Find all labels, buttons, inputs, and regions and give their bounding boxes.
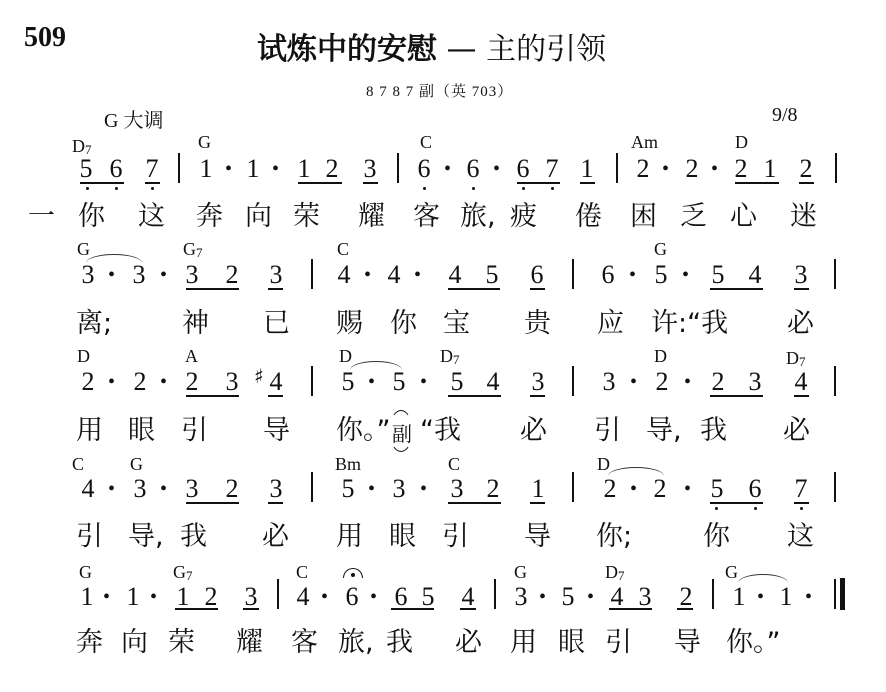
chord-symbol: A [185, 347, 198, 365]
chord-symbol: G [654, 240, 667, 258]
note: 1 [77, 584, 97, 610]
refrain-marker: 副 [392, 419, 412, 449]
note: 3 [241, 584, 261, 610]
note: 2 [650, 476, 670, 502]
lyric-syllable: 奔 [196, 202, 223, 232]
lyric-syllable: 引 [76, 522, 103, 552]
key-signature: G 大调 [104, 104, 163, 133]
bar-line [311, 472, 313, 502]
bar-line [834, 366, 836, 396]
lyric-syllable: 你 [703, 522, 730, 552]
lyric-syllable: 你 [390, 309, 417, 339]
note: 4 [791, 369, 811, 395]
lyric-syllable: 导, [128, 522, 164, 552]
note: 5 [338, 369, 358, 395]
bar-line [494, 579, 496, 609]
title-dash: — [437, 32, 486, 67]
note: 1 [123, 584, 143, 610]
lyric-syllable: 你; [596, 522, 632, 552]
lyric-syllable: 你。” [726, 628, 781, 658]
note: 2 [682, 156, 702, 182]
lyric-syllable: 这 [138, 202, 165, 232]
note: 1 [173, 584, 193, 610]
lyric-syllable: 眼 [558, 628, 585, 658]
lyric-syllable: 你 [78, 202, 105, 232]
note: 4 [607, 584, 627, 610]
bar-line [311, 259, 313, 289]
note: 7 [142, 156, 162, 182]
lyric-syllable: 用 [336, 522, 363, 552]
lyric-syllable: 困 [630, 202, 657, 232]
lyric-syllable: 引 [605, 628, 632, 658]
note: 5 [558, 584, 578, 610]
lyric-syllable: 用 [76, 416, 103, 446]
note: 4 [483, 369, 503, 395]
title-main: 试炼中的安慰 [257, 32, 437, 67]
lyric-syllable: 必 [520, 416, 547, 446]
note: 5 [707, 476, 727, 502]
note: 4 [334, 262, 354, 288]
hymn-title: 试炼中的安慰 — 主的引领 [257, 24, 606, 68]
note: 3 [745, 369, 765, 395]
chord-symbol: C [296, 563, 308, 581]
chord-symbol: D7 [440, 347, 460, 367]
chord-symbol: D [77, 347, 90, 365]
chord-symbol: C [420, 133, 432, 151]
note: 1 [294, 156, 314, 182]
chord-symbol: G7 [183, 240, 203, 260]
lyric-syllable: 我 [386, 628, 413, 658]
bar-line [178, 153, 180, 183]
note: 2 [182, 369, 202, 395]
note: 1 [776, 584, 796, 610]
lyric-syllable: 荣 [293, 202, 320, 232]
lyric-syllable: 导 [524, 522, 551, 552]
lyric-syllable: 眼 [128, 416, 155, 446]
hymn-number: 509 [24, 22, 66, 54]
note: 2 [708, 369, 728, 395]
time-signature: 9/8 [772, 104, 798, 127]
chord-symbol: C [337, 240, 349, 258]
chord-symbol: D [654, 347, 667, 365]
chord-symbol: G [77, 240, 90, 258]
lyric-syllable: 耀 [358, 202, 385, 232]
lyric-syllable: 已 [263, 309, 290, 339]
note: 5 [418, 584, 438, 610]
bar-line [311, 366, 313, 396]
note: 7 [542, 156, 562, 182]
note: 2 [130, 369, 150, 395]
chord-symbol: D [597, 455, 610, 473]
lyric-syllable: 用 [510, 628, 537, 658]
lyric-syllable: 荣 [168, 628, 195, 658]
note: 7 [791, 476, 811, 502]
lyric-syllable: 客 [413, 202, 440, 232]
chord-symbol: Bm [335, 455, 361, 473]
note: 3 [635, 584, 655, 610]
bar-line [572, 366, 574, 396]
note: 4 [458, 584, 478, 610]
note: 3 [129, 262, 149, 288]
note: 3 [266, 476, 286, 502]
lyric-syllable: 应 [597, 309, 624, 339]
lyric-syllable: 客 [291, 628, 318, 658]
note: 4 [384, 262, 404, 288]
bar-line [834, 472, 836, 502]
note: 5 [338, 476, 358, 502]
note: 5 [389, 369, 409, 395]
note: 1 [729, 584, 749, 610]
bar-line [397, 153, 399, 183]
lyric-syllable: 离; [76, 309, 112, 339]
note: 4 [266, 369, 286, 395]
note: 4 [293, 584, 313, 610]
note: 1 [760, 156, 780, 182]
fermata-icon [343, 568, 363, 578]
lyric-syllable: 奔 [76, 628, 103, 658]
lyric-syllable: 引 [181, 416, 208, 446]
lyric-syllable: 引 [442, 522, 469, 552]
note: 5 [447, 369, 467, 395]
note: 2 [731, 156, 751, 182]
meter-info: 8 7 8 7 副（英 703） [366, 80, 513, 101]
bar-line [834, 259, 836, 289]
note: 3 [447, 476, 467, 502]
note: 6 [463, 156, 483, 182]
lyric-syllable: 必 [783, 416, 810, 446]
lyric-syllable: 向 [245, 202, 272, 232]
lyric-syllable: 你。” [336, 416, 391, 446]
note: 3 [791, 262, 811, 288]
note: 5 [708, 262, 728, 288]
chord-symbol: D [339, 347, 352, 365]
lyric-syllable: 心 [730, 202, 757, 232]
chord-symbol: D [735, 133, 748, 151]
note: 3 [182, 476, 202, 502]
lyric-syllable: 眼 [389, 522, 416, 552]
note: 5 [651, 262, 671, 288]
note: 4 [445, 262, 465, 288]
note: 1 [577, 156, 597, 182]
note: 6 [391, 584, 411, 610]
bar-line [616, 153, 618, 183]
chord-symbol: G [725, 563, 738, 581]
lyric-syllable: 宝 [443, 309, 470, 339]
lyric-syllable: 导 [263, 416, 290, 446]
note: 5 [482, 262, 502, 288]
lyric-syllable: 乏 [680, 202, 707, 232]
lyric-syllable: 神 [182, 309, 209, 339]
lyric-syllable: 耀 [236, 628, 263, 658]
note: 5 [76, 156, 96, 182]
chord-symbol: C [72, 455, 84, 473]
lyric-syllable: 导 [674, 628, 701, 658]
note: 6 [745, 476, 765, 502]
bar-line [712, 579, 714, 609]
chord-symbol: G [514, 563, 527, 581]
note: 2 [201, 584, 221, 610]
note: 3 [360, 156, 380, 182]
note: 3 [182, 262, 202, 288]
note: 2 [483, 476, 503, 502]
note: 6 [598, 262, 618, 288]
note: 6 [513, 156, 533, 182]
chord-symbol: G7 [173, 563, 193, 583]
chord-symbol: D7 [786, 349, 806, 369]
note: 2 [78, 369, 98, 395]
note: 6 [106, 156, 126, 182]
lyric-syllable: 我 [700, 416, 727, 446]
note: 3 [222, 369, 242, 395]
note: 3 [511, 584, 531, 610]
chord-symbol: D7 [605, 563, 625, 583]
final-bar-thick [840, 578, 845, 610]
note: 2 [633, 156, 653, 182]
lyric-syllable: 必 [262, 522, 289, 552]
note: 3 [266, 262, 286, 288]
note: 6 [342, 584, 362, 610]
note: 1 [528, 476, 548, 502]
chord-symbol: G [130, 455, 143, 473]
lyric-syllable: 我 [180, 522, 207, 552]
lyric-syllable: 旅, [460, 202, 496, 232]
note: 3 [130, 476, 150, 502]
final-bar-thin [834, 579, 836, 609]
lyric-syllable: 一 [28, 202, 55, 232]
lyric-syllable: 引 [594, 416, 621, 446]
note: 1 [196, 156, 216, 182]
note: 2 [796, 156, 816, 182]
note: 3 [389, 476, 409, 502]
lyric-syllable: 旅, [338, 628, 374, 658]
note: 4 [745, 262, 765, 288]
lyric-syllable: 许:“我 [651, 309, 728, 339]
lyric-syllable: 疲 [510, 202, 537, 232]
note: 3 [599, 369, 619, 395]
note: 6 [527, 262, 547, 288]
lyric-syllable: 导, [646, 416, 682, 446]
note: 1 [243, 156, 263, 182]
lyric-syllable: 迷 [790, 202, 817, 232]
title-sub: 主的引领 [486, 32, 606, 67]
lyric-syllable: 必 [455, 628, 482, 658]
note: 2 [600, 476, 620, 502]
lyric-syllable: 必 [787, 309, 814, 339]
chord-symbol: G [198, 133, 211, 151]
note: 2 [322, 156, 342, 182]
note: 4 [78, 476, 98, 502]
lyric-syllable: 这 [787, 522, 814, 552]
lyric-syllable: “我 [420, 416, 461, 446]
note: 6 [414, 156, 434, 182]
note: 2 [652, 369, 672, 395]
bar-line [572, 472, 574, 502]
lyric-syllable: 向 [121, 628, 148, 658]
note: 3 [528, 369, 548, 395]
lyric-syllable: 赐 [336, 309, 363, 339]
sharp-accidental: ♯ [254, 364, 264, 388]
note: 2 [222, 262, 242, 288]
note: 2 [222, 476, 242, 502]
bar-line [277, 579, 279, 609]
bar-line [572, 259, 574, 289]
note: 2 [676, 584, 696, 610]
lyric-syllable: 贵 [524, 309, 551, 339]
chord-symbol: G [79, 563, 92, 581]
lyric-syllable: 倦 [575, 202, 602, 232]
note: 3 [78, 262, 98, 288]
bar-line [835, 153, 837, 183]
chord-symbol: Am [631, 133, 658, 151]
chord-symbol: C [448, 455, 460, 473]
